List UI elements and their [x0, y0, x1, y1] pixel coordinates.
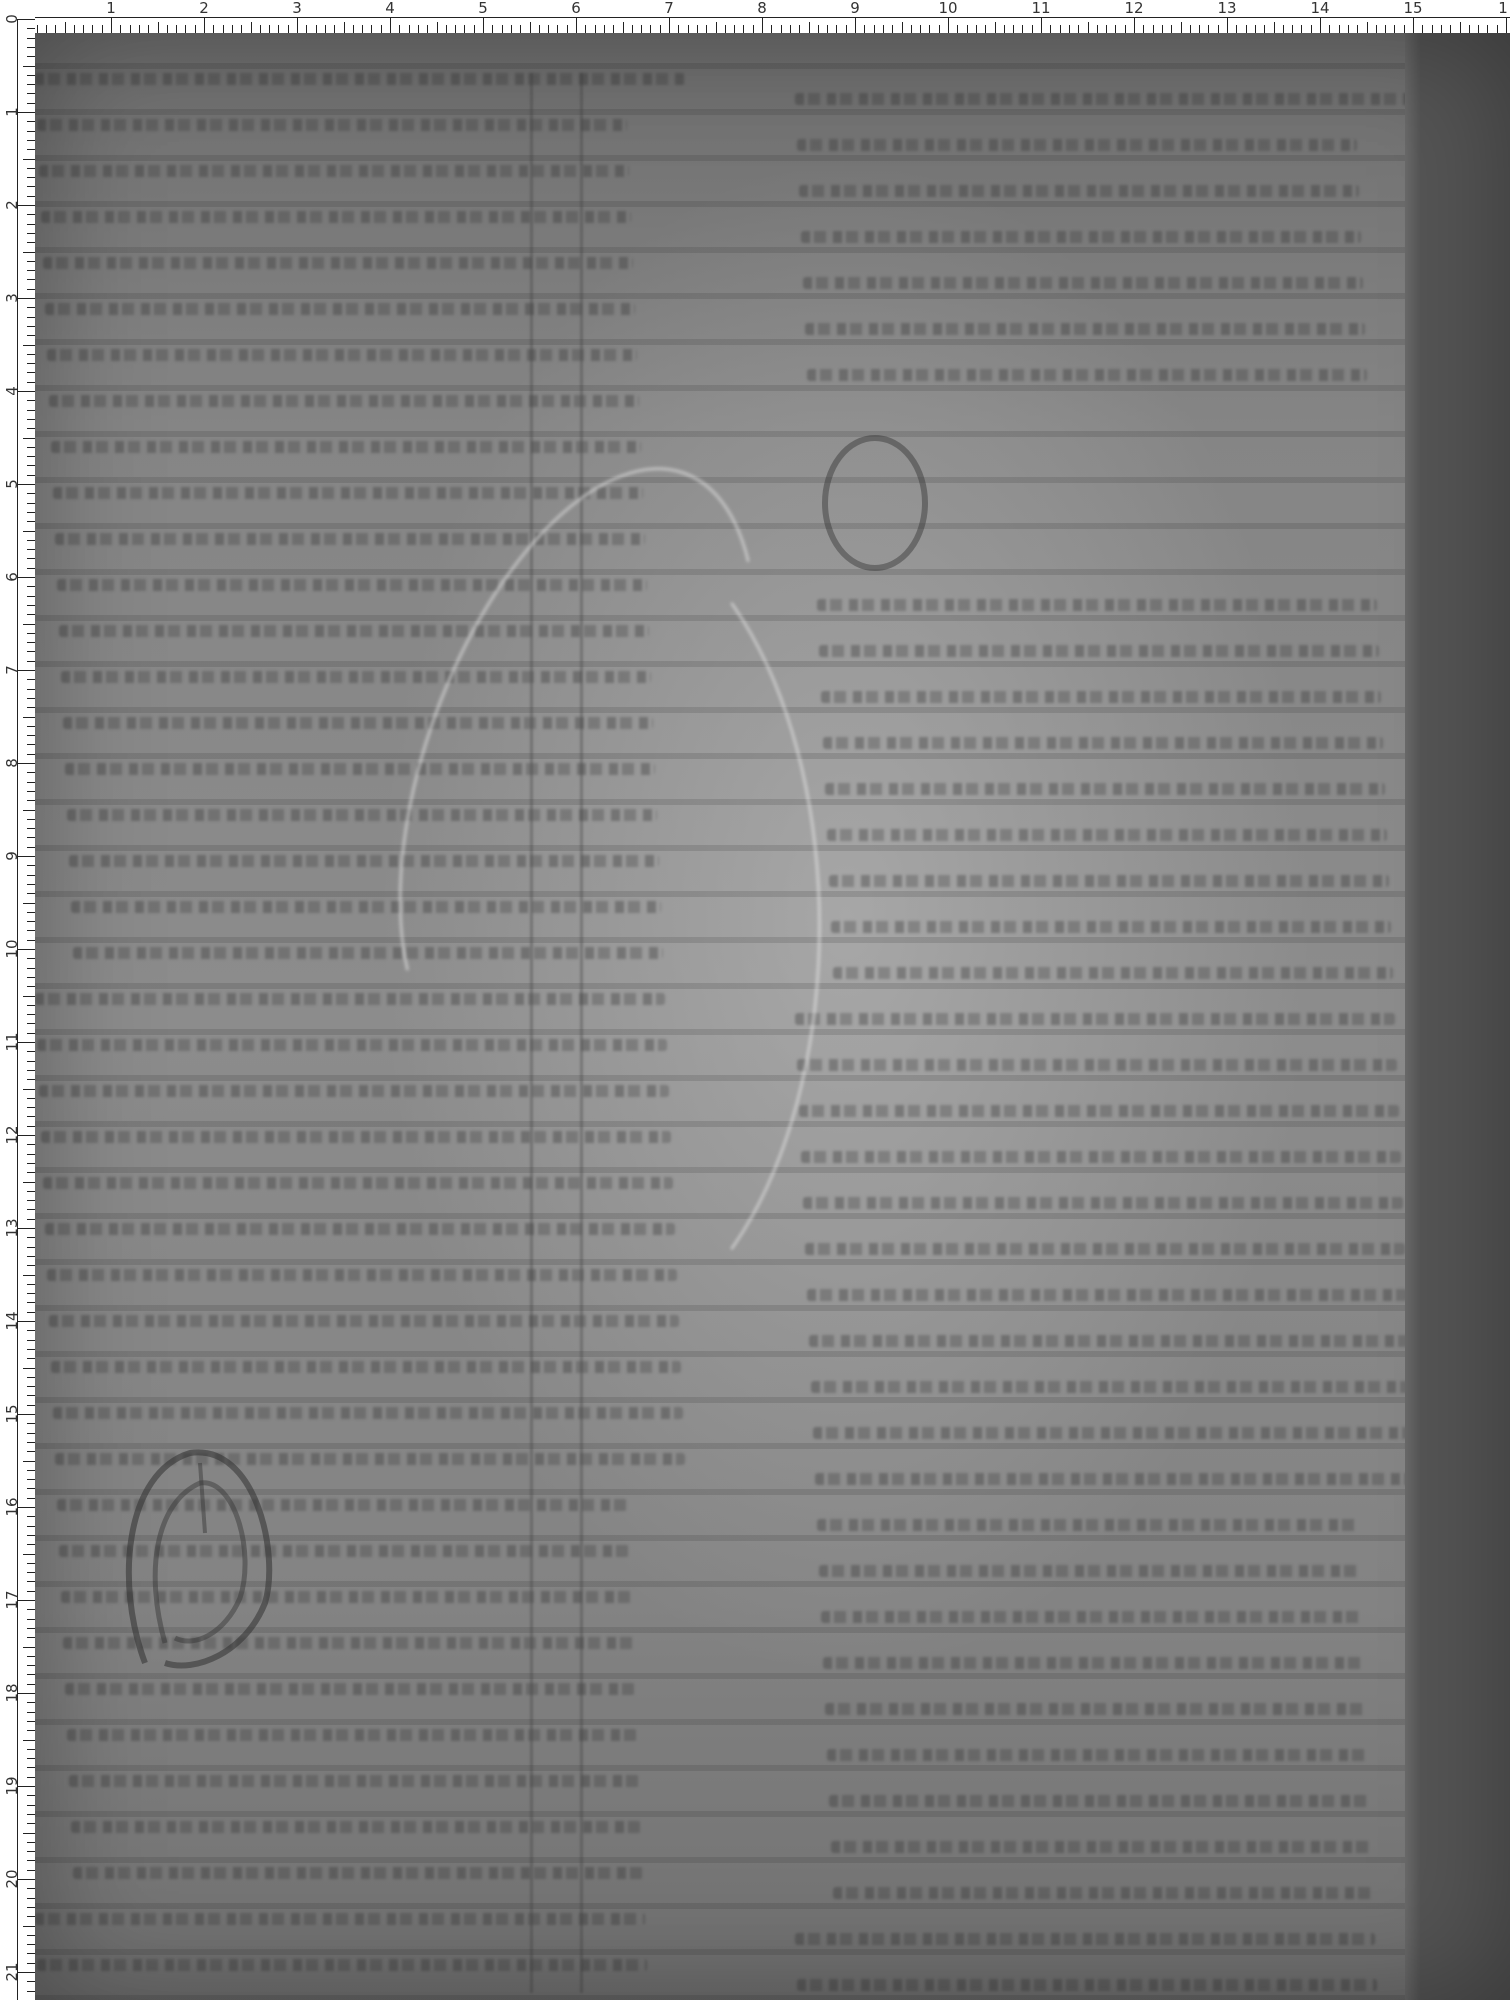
text-line [47, 349, 637, 361]
ruler-tick [158, 22, 159, 33]
ruler-tick [920, 25, 921, 33]
text-line [833, 967, 1393, 979]
ruler-tick [27, 1953, 35, 1954]
ruler-tick [27, 410, 35, 411]
ruler-tick [27, 875, 35, 876]
ruler-tick [27, 38, 35, 39]
ruler-tick [27, 1628, 35, 1629]
ruler-tick [1441, 25, 1442, 33]
ruler-tick [1050, 25, 1051, 33]
ruler-tick [1460, 22, 1461, 33]
ruler-tick [27, 791, 35, 792]
ruler-tick [1208, 25, 1209, 33]
ruler-tick [27, 1758, 35, 1759]
ruler-tick [1357, 25, 1358, 33]
text-line [53, 1407, 683, 1419]
ruler-tick [27, 1888, 35, 1889]
ruler-left: 0123456789101112131415161718192021 [0, 0, 35, 2000]
ruler-tick [27, 735, 35, 736]
ruler-tick [790, 25, 791, 33]
ruler-tick [27, 1721, 35, 1722]
ruler-tick [27, 1749, 35, 1750]
ruler-tick [1236, 25, 1237, 33]
ruler-tick [827, 25, 828, 33]
ruler-tick [1432, 25, 1433, 33]
ruler-tick [27, 679, 35, 680]
ruler-tick [27, 1963, 35, 1964]
ruler-tick [27, 744, 35, 745]
ruler-tick [27, 1488, 35, 1489]
ruler-tick [23, 531, 35, 532]
ruler-tick [27, 1144, 35, 1145]
ruler-tick [27, 1265, 35, 1266]
ruler-tick [1339, 25, 1340, 33]
text-line [803, 1197, 1403, 1209]
ruler-tick [27, 1451, 35, 1452]
text-line [819, 1565, 1359, 1577]
dark-edge-band [1405, 33, 1510, 2000]
ruler-tick [641, 25, 642, 33]
ruler-tick [27, 1591, 35, 1592]
ruler-tick [27, 354, 35, 355]
ruler-tick [1190, 25, 1191, 33]
ruler-tick [27, 214, 35, 215]
ruler-tick [27, 1191, 35, 1192]
ruler-tick [27, 1395, 35, 1396]
ruler-tick [27, 1172, 35, 1173]
ruler-tick [27, 75, 35, 76]
ruler-label: 18 [4, 1683, 20, 1703]
ruler-tick [1469, 25, 1470, 33]
ruler-tick [799, 25, 800, 33]
ruler-tick [27, 605, 35, 606]
ruler-tick [27, 242, 35, 243]
text-line [809, 1335, 1409, 1347]
ruler-tick [204, 17, 205, 33]
ruler-tick [260, 25, 261, 33]
ruler-tick [27, 1302, 35, 1303]
ruler-tick [371, 25, 372, 33]
ruler-tick [27, 1619, 35, 1620]
ruler-tick [23, 1833, 35, 1834]
ruler-tick [1153, 25, 1154, 33]
text-line [801, 231, 1361, 243]
ruler-tick [27, 1609, 35, 1610]
ruler-tick [167, 25, 168, 33]
ruler-tick [520, 25, 521, 33]
ruler-tick [846, 25, 847, 33]
ruler-tick [27, 1656, 35, 1657]
ruler-tick [23, 438, 35, 439]
ruler-tick [27, 1944, 35, 1945]
ruler-tick [27, 1386, 35, 1387]
ruler-tick [483, 17, 484, 33]
ruler-tick [278, 25, 279, 33]
ruler-tick [1032, 25, 1033, 33]
ruler-tick [27, 103, 35, 104]
ruler-tick [27, 754, 35, 755]
text-line [37, 1959, 647, 1971]
ruler-tick [27, 1823, 35, 1824]
ruler-tick [23, 624, 35, 625]
ruler-tick [27, 493, 35, 494]
ruler-tick [743, 25, 744, 33]
ruler-tick [1320, 17, 1321, 33]
ruler-tick [27, 1712, 35, 1713]
ruler-tick [27, 1256, 35, 1257]
ruler-tick [1311, 25, 1312, 33]
text-line [827, 829, 1387, 841]
text-line [49, 395, 639, 407]
ruler-tick [334, 25, 335, 33]
text-line [37, 119, 627, 131]
ruler-tick [27, 1247, 35, 1248]
text-line [821, 691, 1381, 703]
ruler-tick [539, 25, 540, 33]
ruler-tick [632, 25, 633, 33]
ruler-tick [660, 25, 661, 33]
ruler-tick [23, 1926, 35, 1927]
ruler-tick [232, 25, 233, 33]
ruler-tick [1088, 22, 1089, 33]
ruler-label: 14 [4, 1311, 20, 1331]
text-line [821, 1611, 1361, 1623]
text-line [817, 1519, 1357, 1531]
ruler-label: 4 [385, 0, 395, 16]
ruler-tick [874, 25, 875, 33]
ruler-tick [23, 717, 35, 718]
ruler-tick [27, 1209, 35, 1210]
ruler-tick [23, 810, 35, 811]
ruler-label: 2 [4, 195, 20, 215]
ruler-tick [27, 847, 35, 848]
ruler-tick [27, 363, 35, 364]
ruler-tick [678, 25, 679, 33]
ruler-tick [27, 1051, 35, 1052]
ruler-tick [27, 865, 35, 866]
ruler-tick [27, 1498, 35, 1499]
ruler-tick [27, 1581, 35, 1582]
ruler-tick [23, 159, 35, 160]
ruler-tick [1329, 25, 1330, 33]
ruler-tick [1227, 17, 1228, 33]
ruler-label: 8 [4, 753, 20, 773]
text-line [805, 323, 1365, 335]
ruler-tick [27, 512, 35, 513]
ruler-tick [27, 1154, 35, 1155]
ruler-label: 4 [4, 381, 20, 401]
text-line [811, 1381, 1411, 1393]
ruler-tick [269, 25, 270, 33]
ruler-tick [27, 633, 35, 634]
ruler-label: 6 [4, 567, 20, 587]
ruler-tick [23, 66, 35, 67]
ruler-tick [27, 782, 35, 783]
ruler-label: 8 [757, 0, 767, 16]
ruler-tick [437, 22, 438, 33]
ruler-tick [102, 25, 103, 33]
ruler-tick [23, 903, 35, 904]
ruler-tick [27, 558, 35, 559]
ruler-label: 14 [1310, 0, 1329, 16]
ruler-tick [27, 819, 35, 820]
ruler-tick [27, 1991, 35, 1992]
ruler-tick [1106, 25, 1107, 33]
text-line [69, 1775, 639, 1787]
ruler-tick [27, 475, 35, 476]
ruler-tick [139, 25, 140, 33]
ruler-tick [27, 503, 35, 504]
ruler-label: 15 [1403, 0, 1422, 16]
ruler-tick [948, 17, 949, 33]
ruler-tick [399, 25, 400, 33]
text-column-right [795, 93, 1415, 1993]
ruler-tick [595, 25, 596, 33]
ruler-tick [1246, 25, 1247, 33]
ruler-tick [27, 1814, 35, 1815]
ruler-tick [27, 121, 35, 122]
ruler-tick [213, 25, 214, 33]
ruler-tick [316, 25, 317, 33]
ruler-tick [27, 270, 35, 271]
ruler-tick [27, 28, 35, 29]
ruler-tick [23, 1275, 35, 1276]
ruler-label: 13 [4, 1218, 20, 1238]
ruler-tick [27, 689, 35, 690]
text-line [831, 1841, 1371, 1853]
ruler-tick [27, 651, 35, 652]
text-line [813, 1427, 1413, 1439]
ruler-tick [939, 25, 940, 33]
ruler-tick [27, 540, 35, 541]
text-line [45, 303, 635, 315]
ruler-tick [390, 17, 391, 33]
ruler-tick [27, 1777, 35, 1778]
ruler-tick [27, 1163, 35, 1164]
ruler-tick [762, 17, 763, 33]
ruler-tick [1004, 25, 1005, 33]
ruler-tick [27, 289, 35, 290]
text-line [35, 1913, 645, 1925]
ruler-tick [27, 912, 35, 913]
ruler-tick [1385, 25, 1386, 33]
ruler-tick [27, 1442, 35, 1443]
ruler-tick [1134, 17, 1135, 33]
ruler-tick [716, 22, 717, 33]
ruler-tick [27, 149, 35, 150]
ruler-label: 1 [1498, 0, 1508, 16]
ruler-tick [23, 1182, 35, 1183]
text-line [73, 1867, 643, 1879]
ruler-tick [1450, 25, 1451, 33]
ruler-tick [111, 17, 112, 33]
ruler-tick [771, 25, 772, 33]
ruler-tick [185, 25, 186, 33]
ruler-tick [27, 1981, 35, 1982]
ruler-tick [251, 22, 252, 33]
ruler-tick [1264, 25, 1265, 33]
ruler-tick [957, 25, 958, 33]
ruler-tick [1422, 25, 1423, 33]
ruler-tick [23, 996, 35, 997]
ruler-tick [27, 1005, 35, 1006]
ruler-tick [1348, 25, 1349, 33]
ruler-tick [27, 977, 35, 978]
ruler-tick [27, 186, 35, 187]
ruler-tick [1060, 25, 1061, 33]
ruler-tick [809, 22, 810, 33]
text-line [815, 1473, 1415, 1485]
ruler-tick [27, 968, 35, 969]
ruler-label: 7 [664, 0, 674, 16]
manuscript-page [35, 33, 1510, 2000]
ruler-tick [818, 25, 819, 33]
decorated-initial [105, 1423, 285, 1683]
ruler-tick [23, 1461, 35, 1462]
ruler-tick [688, 25, 689, 33]
ruler-tick [27, 307, 35, 308]
ruler-tick [27, 549, 35, 550]
ruler-tick [27, 1423, 35, 1424]
ruler-label: 5 [4, 474, 20, 494]
ruler-tick [27, 317, 35, 318]
text-line [41, 211, 631, 223]
ruler-tick [27, 772, 35, 773]
ruler-tick [27, 1544, 35, 1545]
ruler-label: 16 [4, 1497, 20, 1517]
ruler-tick [27, 1851, 35, 1852]
ruler-tick [27, 930, 35, 931]
ruler-tick [27, 1674, 35, 1675]
ruler-tick [27, 1805, 35, 1806]
ruler-tick [781, 25, 782, 33]
text-line [53, 487, 643, 499]
ruler-tick [557, 25, 558, 33]
ruler-tick [697, 25, 698, 33]
ruler-tick [585, 25, 586, 33]
ruler-tick [27, 335, 35, 336]
ruler-tick [27, 1405, 35, 1406]
ruler-tick [753, 25, 754, 33]
ruler-tick [902, 22, 903, 33]
ruler-tick [27, 1200, 35, 1201]
ruler-tick [1478, 25, 1479, 33]
text-line [799, 185, 1359, 197]
ruler-tick [344, 22, 345, 33]
ruler-tick [27, 1935, 35, 1936]
ruler-tick [27, 726, 35, 727]
ruler-tick [65, 22, 66, 33]
ruler-tick [37, 25, 38, 33]
text-line [819, 645, 1379, 657]
ruler-tick [27, 1330, 35, 1331]
ruler-label: 12 [1124, 0, 1143, 16]
text-line [67, 1729, 637, 1741]
text-line [829, 1795, 1369, 1807]
ruler-tick [23, 1647, 35, 1648]
ruler-tick [27, 47, 35, 48]
ruler-tick [548, 25, 549, 33]
ruler-tick [27, 326, 35, 327]
ruler-tick [27, 261, 35, 262]
ruler-tick [27, 1377, 35, 1378]
ruler-label: 9 [4, 846, 20, 866]
ruler-tick [1171, 25, 1172, 33]
ruler-tick [409, 25, 410, 33]
ruler-tick [492, 25, 493, 33]
ruler-tick [1292, 25, 1293, 33]
ruler-tick [1218, 25, 1219, 33]
ruler-tick [530, 22, 531, 33]
ruler-tick [23, 252, 35, 253]
ruler-tick [1367, 22, 1368, 33]
ruler-tick [911, 25, 912, 33]
ruler-tick [27, 940, 35, 941]
text-line [39, 165, 629, 177]
ruler-tick [27, 465, 35, 466]
text-line [807, 1289, 1407, 1301]
ruler-label: 3 [4, 288, 20, 308]
ruler-tick [27, 233, 35, 234]
ruler-tick [27, 1349, 35, 1350]
ruler-tick [74, 25, 75, 33]
ruler-tick [27, 419, 35, 420]
ruler-tick [27, 1479, 35, 1480]
ruler-tick [613, 25, 614, 33]
ruler-tick [27, 131, 35, 132]
ruler-tick [27, 1907, 35, 1908]
ruler-tick [27, 1637, 35, 1638]
ruler-tick [23, 345, 35, 346]
ruler-tick [27, 1284, 35, 1285]
ruler-tick [27, 1916, 35, 1917]
ruler-label: 0 [4, 9, 20, 29]
ruler-tick [27, 884, 35, 885]
ruler-tick [27, 428, 35, 429]
ruler-tick [502, 25, 503, 33]
ruler-tick [27, 1470, 35, 1471]
ruler-tick [604, 25, 605, 33]
ruler-tick [27, 614, 35, 615]
ruler-tick [1013, 25, 1014, 33]
ruler-label: 1 [4, 102, 20, 122]
text-line [823, 737, 1383, 749]
ruler-label: 6 [571, 0, 581, 16]
ruler-tick [1078, 25, 1079, 33]
ruler-tick [27, 1767, 35, 1768]
ruler-label: 21 [4, 1962, 20, 1982]
ruler-tick [27, 986, 35, 987]
text-line [833, 1887, 1373, 1899]
text-line [831, 921, 1391, 933]
ruler-tick [148, 25, 149, 33]
ruler-tick [223, 25, 224, 33]
ruler-tick [1283, 25, 1284, 33]
ruler-tick [176, 25, 177, 33]
ruler-tick [1301, 25, 1302, 33]
ruler-tick [967, 25, 968, 33]
ruler-tick [1274, 22, 1275, 33]
ruler-tick [511, 25, 512, 33]
ruler-tick [27, 1061, 35, 1062]
ruler-tick [1487, 25, 1488, 33]
circular-initial [810, 423, 950, 603]
ruler-tick [27, 1237, 35, 1238]
ruler-tick [1199, 25, 1200, 33]
ruler-tick [288, 25, 289, 33]
ruler-tick [623, 22, 624, 33]
ruler-tick [27, 1293, 35, 1294]
